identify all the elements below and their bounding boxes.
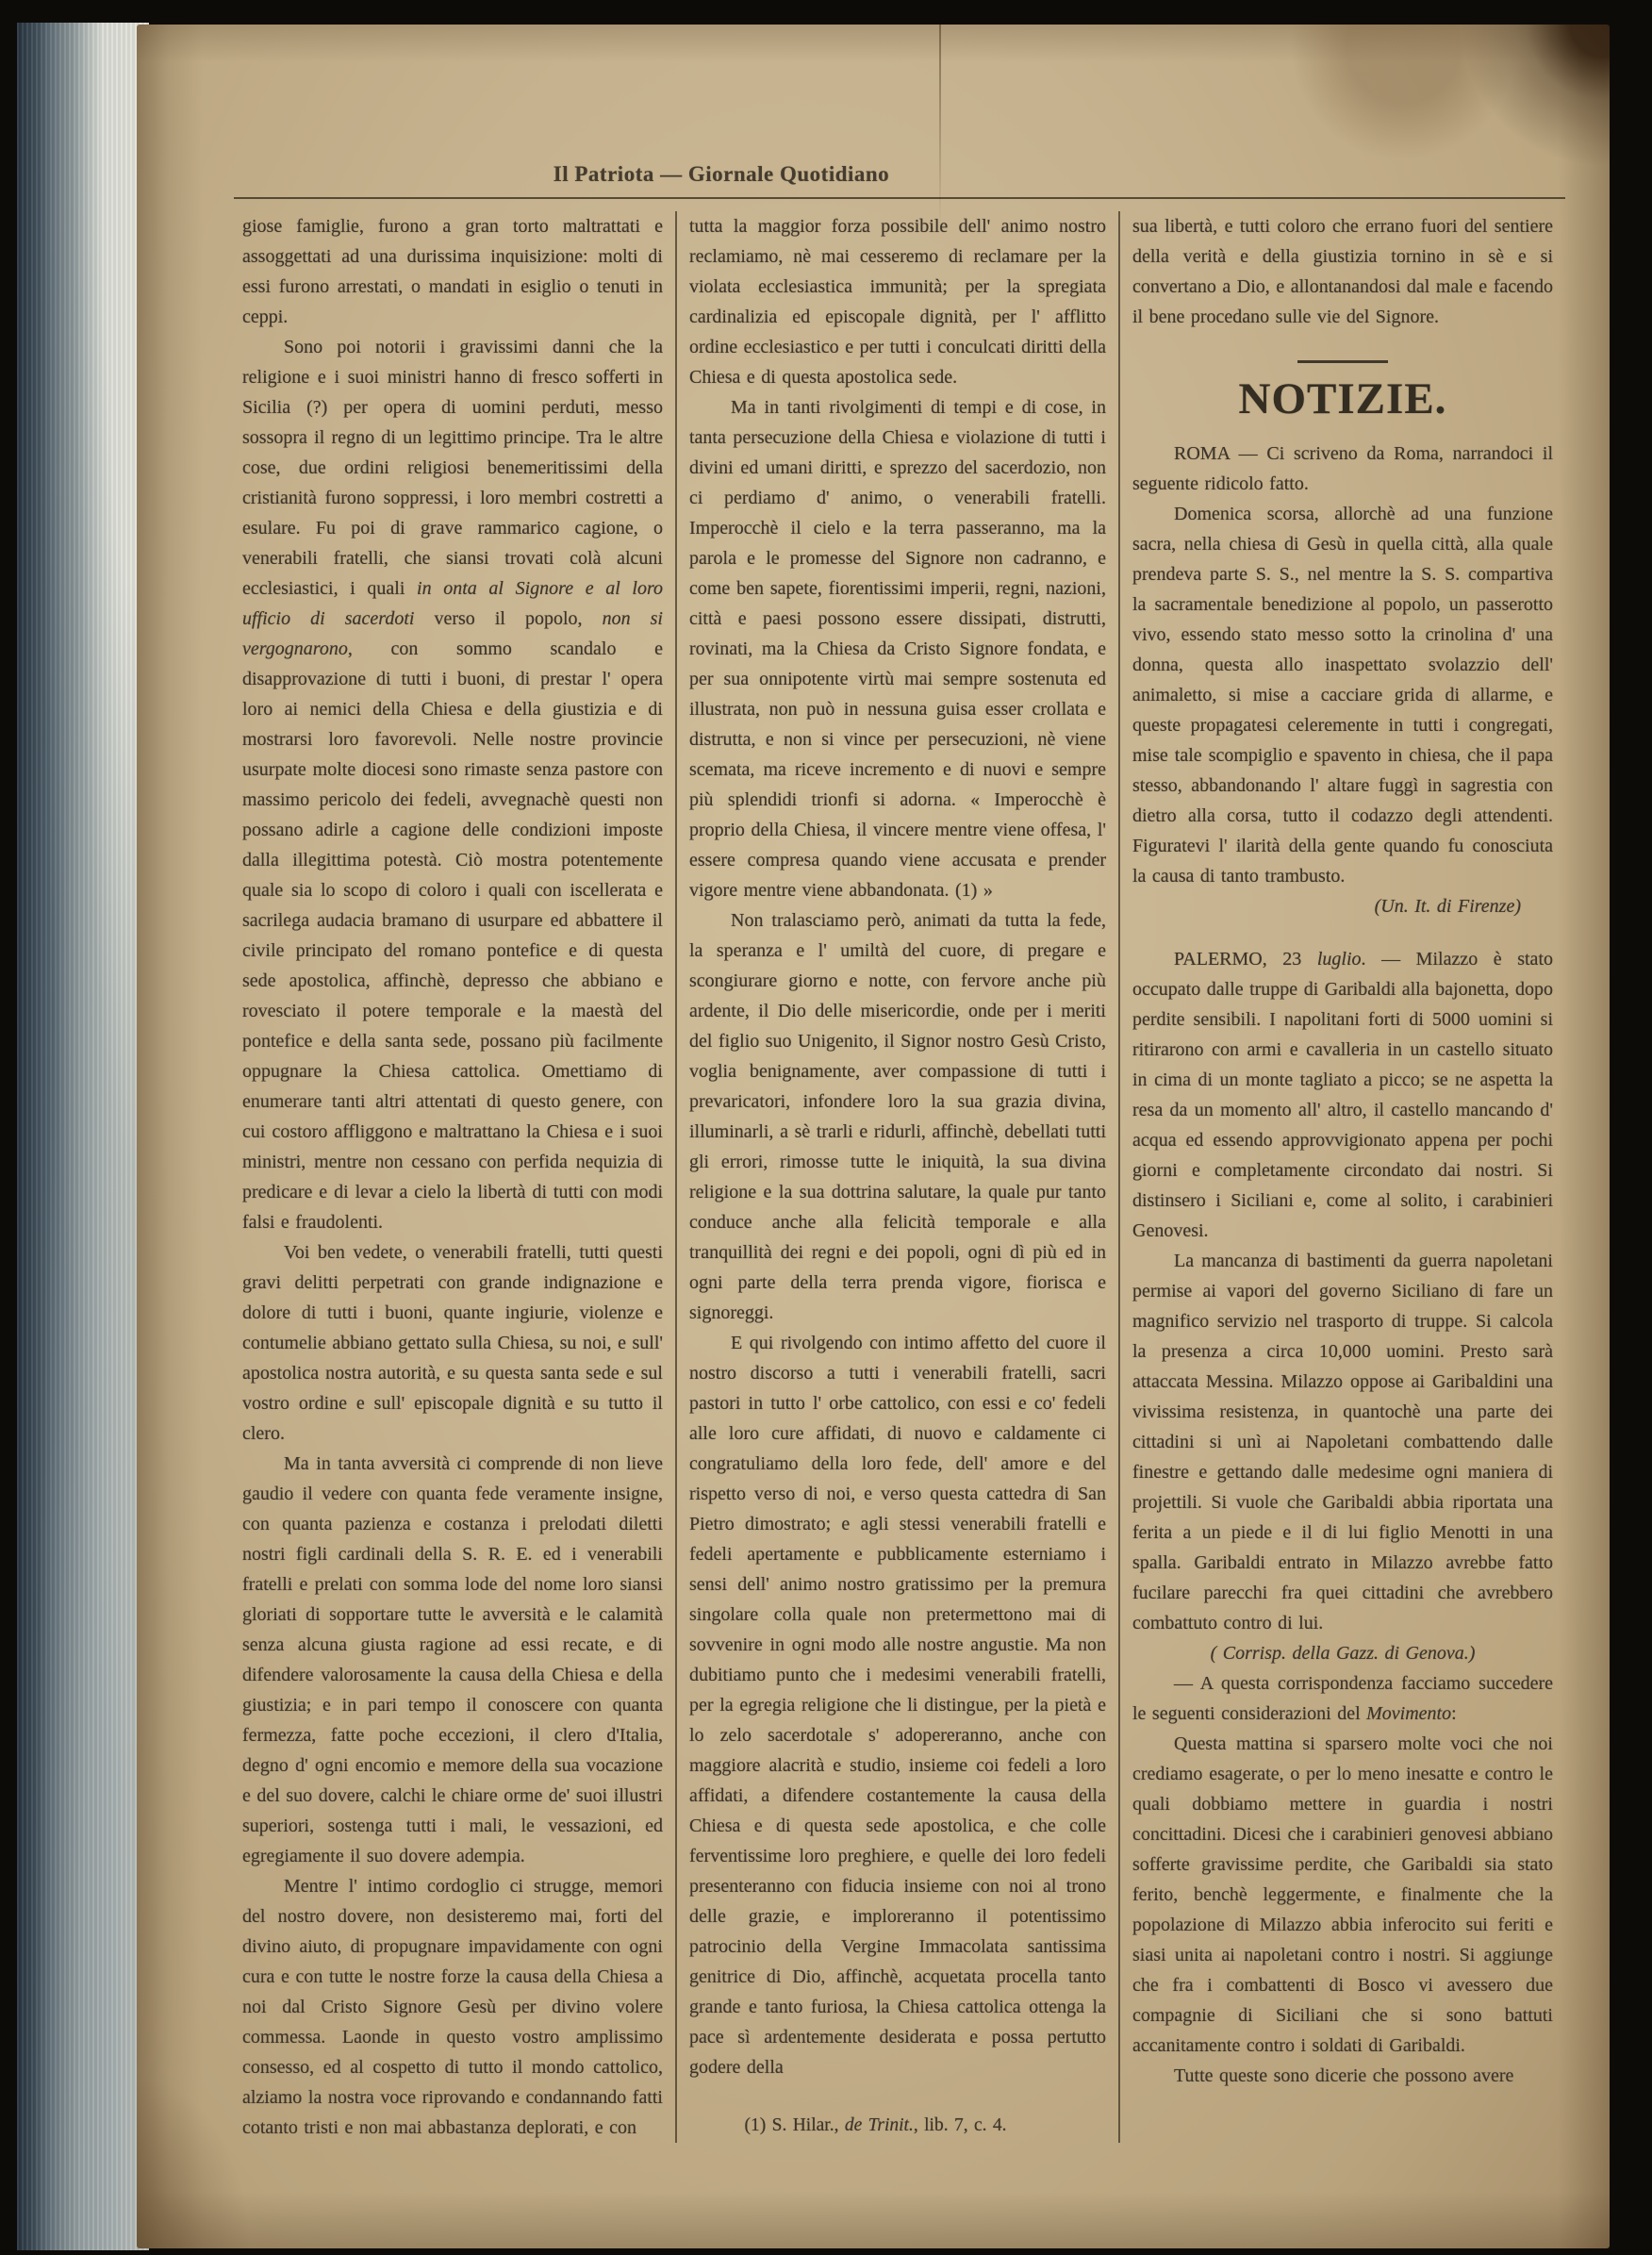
article-paragraph: Voi ben vedete, o venerabili fratelli, t…	[242, 1237, 663, 1449]
article-paragraph: tutta la maggior forza possibile dell' a…	[689, 211, 1106, 392]
article-columns: giose famiglie, furono a gran torto malt…	[230, 211, 1567, 2143]
article-paragraph: sua libertà, e tutti coloro che errano f…	[1132, 211, 1553, 332]
article-paragraph: Mentre l' intimo cordoglio ci strugge, m…	[242, 1871, 663, 2143]
news-paragraph: Domenica scorsa, allorchè ad una funzion…	[1132, 499, 1553, 891]
section-divider-rule	[1297, 360, 1388, 363]
masthead-rule	[234, 197, 1565, 199]
footnote: (1) S. Hilar., de Trinit., lib. 7, c. 4.	[689, 2111, 1106, 2141]
article-paragraph: Sono poi notorii i gravissimi danni che …	[242, 332, 663, 1237]
news-paragraph-roma: ROMA — Ci scriveno da Roma, narrandoci i…	[1132, 439, 1553, 499]
column-1: giose famiglie, furono a gran torto malt…	[230, 211, 675, 2143]
news-paragraph-palermo: PALERMO, 23 luglio. — Milazzo è stato oc…	[1132, 944, 1553, 1246]
attribution-genova: ( Corrisp. della Gazz. di Genova.)	[1132, 1638, 1553, 1668]
book-fore-edge	[17, 23, 149, 2250]
masthead-title: Il Patriota — Giornale Quotidiano	[438, 162, 1004, 187]
column-2: tutta la maggior forza possibile dell' a…	[675, 211, 1120, 2143]
column-3: sua libertà, e tutti coloro che errano f…	[1120, 211, 1565, 2143]
article-paragraph: Ma in tanta avversità ci comprende di no…	[242, 1449, 663, 1871]
article-paragraph: Non tralasciamo però, animati da tutta l…	[689, 905, 1106, 1328]
article-paragraph: E qui rivolgendo con intimo affetto del …	[689, 1328, 1106, 2082]
news-paragraph: La mancanza di bastimenti da guerra napo…	[1132, 1246, 1553, 1638]
attribution-firenze: (Un. It. di Firenze)	[1132, 891, 1553, 921]
newspaper-page: Il Patriota — Giornale Quotidiano giose …	[137, 25, 1610, 2248]
news-paragraph: Tutte queste sono dicerie che possono av…	[1132, 2061, 1553, 2091]
article-paragraph: Ma in tanti rivolgimenti di tempi e di c…	[689, 392, 1106, 905]
news-paragraph: — A questa corrispondenza facciamo succe…	[1132, 1668, 1553, 1729]
article-paragraph: giose famiglie, furono a gran torto malt…	[242, 211, 663, 332]
section-title-notizie: NOTIZIE.	[1132, 384, 1553, 414]
news-paragraph: Questa mattina si sparsero molte voci ch…	[1132, 1729, 1553, 2061]
scanned-newspaper-photo: { "masthead": "Il Patriota — Giornale Qu…	[0, 0, 1652, 2255]
